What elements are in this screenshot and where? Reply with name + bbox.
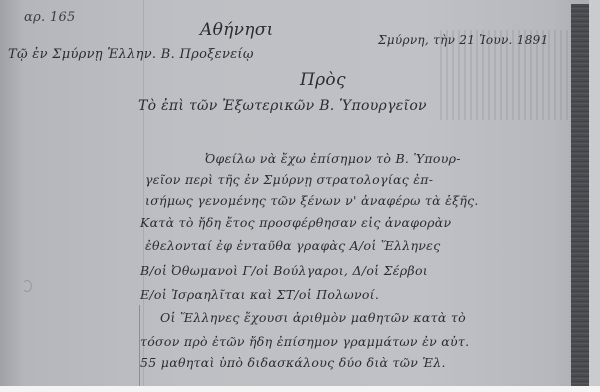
binding-hole (22, 280, 32, 292)
body-line: Ὀφείλω νὰ ἔχω ἐπίσημον τὸ Β. Ὑπουρ- (205, 151, 461, 166)
reference-number: αρ. 165 (24, 10, 76, 25)
body-line: Ε/οἱ Ἰσραηλῖται καὶ ΣΤ/οἱ Πολωνοί. (140, 287, 379, 302)
sender-line: Τῷ ἐν Σμύρνῃ Ἑλλην. Β. Προξενείῳ (8, 47, 254, 62)
addressee-line: Τὸ ἐπὶ τῶν Ἐξωτερικῶν Β. Ὑπουργεῖον (138, 98, 427, 114)
body-line: γεῖον περὶ τῆς ἐν Σμύρνῃ στρατολογίας ἐπ… (145, 172, 433, 187)
body-line: Β/οἱ Ὀθωμανοὶ Γ/οἱ Βούλγαροι, Δ/οἱ Σέρβο… (140, 263, 428, 278)
manuscript-page: αρ. 165 Αθήνησι Σμύρνη, τὴν 21 Ἰουν. 189… (0, 0, 600, 386)
body-line: ἐθελονταί ἐφ ἐνταῦθα γραφὰς Α/οἱ Ἕλληνες (145, 238, 441, 253)
pros-heading: Πρὸς (300, 70, 346, 90)
binding-edge-shadow (571, 4, 589, 386)
page-right-edge (589, 0, 600, 386)
body-line: 55 μαθηταὶ ὑπὸ διδασκάλους δύο διὰ τῶν Ἑ… (140, 355, 446, 370)
document-title: Αθήνησι (200, 20, 274, 40)
body-line: Κατὰ τὸ ἤδη ἔτος προσφέρθησαν εἰς ἀναφορ… (140, 215, 451, 230)
date-line: Σμύρνη, τὴν 21 Ἰουν. 1891 (378, 33, 549, 47)
body-line: Οἱ Ἕλληνες ἔχουσι ἀριθμὸν μαθητῶν κατὰ τ… (160, 310, 466, 325)
body-line: ισήμως γενομένης τῶν ξένων ν' ἀναφέρω τὰ… (145, 193, 479, 208)
body-line: τόσον πρὸ ἐτῶν ἤδη ἐπίσημον γραμμάτων ἐν… (140, 334, 469, 349)
bottom-border (0, 386, 600, 392)
